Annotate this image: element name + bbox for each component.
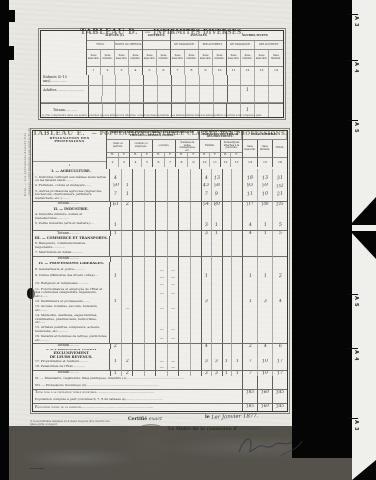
tableau-e-value: 1	[225, 370, 229, 375]
tableau-e-cell: 10	[258, 189, 273, 201]
tableau-e-cell	[191, 287, 202, 299]
tableau-d-columns: ALIÉNÉS (1)GOITREUX.AVEUGLESSOURDS-MUETS…	[87, 31, 283, 75]
tableau-e-cell	[212, 304, 223, 313]
tableau-e-cell	[179, 241, 191, 250]
mayor-signature	[235, 432, 305, 462]
tableau-e-value: 10	[262, 359, 269, 364]
tableau-e-cell	[223, 313, 233, 325]
tableau-e-row: 5. Petite industrie (arts et métiers)...…	[33, 221, 287, 230]
tableau-e-cell: 185	[243, 403, 258, 411]
tableau-e-cell	[168, 212, 179, 221]
tableau-e-value: 1	[125, 192, 129, 198]
tableau-e-value: 1	[215, 231, 219, 236]
tableau-e-cell	[202, 212, 212, 221]
tableau-e-cell	[223, 325, 233, 334]
spacer-cell	[214, 96, 228, 102]
tableau-e-cell	[212, 313, 223, 325]
tableau-e-cell: 1	[110, 273, 122, 282]
tableau-e-value: 93	[247, 183, 254, 188]
tableau-e-row: 11. Fonctionnaires et employés de l'État…	[33, 287, 287, 299]
film-marker-tick	[348, 348, 358, 349]
tableau-e-row: V. — PERSONNES VIVANT EXCLUSIVEMENT DE L…	[33, 349, 287, 359]
group-a-subcol-label: commis ou employés.	[130, 140, 153, 153]
tableau-e-cell	[243, 212, 258, 221]
tableau-e-row: 1. Individus cultivant eux-mêmes leurs t…	[33, 175, 287, 184]
tableau-e-dash: —	[126, 306, 130, 310]
film-marker: A 3	[353, 16, 373, 50]
tableau-e-cell	[145, 241, 156, 250]
tableau-e-cell	[202, 349, 212, 359]
tableau-d-sex-label: Sexe féminin.	[129, 50, 143, 67]
group-b-subcol-label: Domestiques attachés à la personne.	[221, 140, 242, 153]
tableau-e-value: 4	[249, 223, 253, 229]
tableau-d-subgroup-label: IDIOTS OU CRÉTINS.	[115, 41, 143, 50]
tableau-e-cell	[273, 212, 287, 221]
tableau-e-cell	[156, 212, 168, 221]
tableau-d-subgroup-label: FOUS.	[87, 41, 115, 50]
tableau-e-dash: —	[171, 365, 175, 369]
tableau-e-value: 1	[215, 223, 219, 229]
tableau-e-row-label: 4. Industrie minière, usines et manufact…	[33, 212, 110, 221]
tableau-e-cell: —	[122, 304, 133, 313]
tableau-d-cell	[158, 75, 172, 85]
tableau-e-dash: —	[171, 275, 175, 279]
group-c-subcols: Sexe masculin.Sexe féminin.TOTAL.	[243, 140, 287, 158]
tableau-e-cell	[156, 313, 168, 325]
tableau-d-col-number: 13	[255, 67, 269, 75]
tableau-e-value: 5	[278, 231, 282, 236]
tableau-e-cell	[191, 349, 202, 359]
col-number: 12	[221, 158, 231, 167]
tableau-e-cell	[179, 304, 191, 313]
tableau-d-cell	[89, 86, 103, 96]
tableau-e-value: 1	[114, 359, 118, 364]
tableau-d-sex-label: Sexe féminin.	[101, 50, 115, 67]
tableau-e-cell	[212, 287, 223, 299]
stub-col-number: 1	[33, 161, 106, 169]
col-number: 8	[176, 158, 188, 167]
group-a-banner: PORTION EXERÇANT DIRECTEMENT LES PROFESS…	[107, 131, 199, 140]
film-marker-label: A 3	[353, 16, 359, 27]
tableau-e-cell: —	[168, 304, 179, 313]
tableau-e-cell	[179, 221, 191, 230]
tableau-d-col-number: 9	[199, 67, 213, 75]
spacer-cell	[130, 96, 144, 102]
tableau-e-row-label: 14. Médecins, dentistes, sages-femmes, v…	[33, 313, 110, 325]
tableau-e-cell: 345	[273, 389, 287, 397]
tableau-d-sex-label: Sexe masculin.	[199, 50, 213, 67]
tableau-e-cell	[258, 212, 273, 221]
spacer-cell	[255, 96, 269, 102]
tableau-e-cell	[145, 273, 156, 282]
tableau-e-row: 14. Médecins, dentistes, sages-femmes, v…	[33, 313, 287, 325]
tableau-e-cell	[110, 325, 122, 334]
tableau-d-value: 1	[246, 88, 250, 94]
pencil-scuff	[30, 468, 44, 469]
tableau-e-cell	[191, 175, 202, 184]
tableau-e-value: 1	[249, 274, 253, 280]
tableau-e-value: 1	[114, 231, 118, 236]
tableau-e-cell	[133, 221, 145, 230]
tableau-e-dash: —	[160, 336, 164, 340]
tableau-e-value: 3	[204, 299, 208, 304]
tableau-e-value: 3	[204, 223, 208, 229]
tableau-e-cell: 345	[273, 403, 287, 411]
spacer-cell	[158, 96, 172, 102]
certifie-label: Certifié	[128, 417, 147, 422]
tableau-e-row-label: 1. Individus cultivant eux-mêmes leurs t…	[33, 175, 110, 184]
col-number: 9	[188, 158, 199, 167]
tableau-d-footnote: (1) Ne comprendre dans ces quatre colonn…	[42, 114, 282, 117]
film-marker-tick	[348, 14, 358, 15]
tableau-e-cell: 7	[202, 189, 212, 201]
tableau-e-cell: —	[156, 325, 168, 334]
tableau-e-cell	[133, 287, 145, 299]
tableau-e-cell	[258, 287, 273, 299]
tableau-e-value: 117	[246, 202, 254, 207]
tableau-e-value: 3	[204, 231, 208, 236]
tableau-e-cell	[110, 287, 122, 299]
tableau-e-cell	[122, 273, 133, 282]
col-number: 5	[142, 158, 153, 167]
tableau-d-cell	[89, 75, 103, 85]
tableau-e-cell	[232, 349, 243, 359]
film-corner-wedge	[352, 460, 376, 480]
tableau-e-cell	[212, 273, 223, 282]
tableau-e-cell	[258, 241, 273, 250]
tableau-e-cell	[258, 349, 273, 359]
tableau-e-row-label: 15. Artistes peintres, sculpteurs, acteu…	[33, 325, 110, 334]
tableau-e-section-label: V. — PERSONNES VIVANT EXCLUSIVEMENT DE L…	[33, 349, 110, 359]
spacer-stub	[41, 96, 89, 102]
tableau-e-cell	[133, 334, 145, 343]
tableau-e-dash: —	[171, 306, 175, 310]
tableau-d-cell	[200, 75, 214, 85]
mairie-stamp-inner-ring	[132, 431, 170, 465]
tableau-e-cell	[232, 273, 243, 282]
tableau-e-value: 1	[114, 274, 118, 280]
tableau-e-cell	[191, 313, 202, 325]
tableau-e-cell	[202, 325, 212, 334]
tableau-e-cell	[273, 241, 287, 250]
tableau-e-cell	[191, 304, 202, 313]
tableau-e-row-label: 5. Petite industrie (arts et métiers)...…	[33, 221, 110, 230]
tableau-e-value: 10	[262, 370, 269, 375]
tableau-d-cell	[200, 86, 214, 96]
tableau-e-value: 2	[126, 202, 130, 207]
tableau-e-value: 225	[276, 202, 284, 207]
tableau-e-cell	[168, 241, 179, 250]
tableau-e-cell	[212, 212, 223, 221]
group-b-subcols: Famille.Domestiques attachés à la person…	[200, 140, 242, 153]
tableau-e-cell	[110, 349, 122, 359]
tableau-e-cell: 4	[202, 175, 212, 184]
tableau-e-value: 160	[261, 405, 270, 411]
group-c-banner: TOTAL GÉNÉRAL.	[243, 131, 287, 140]
tableau-e-value: 2	[278, 274, 282, 280]
tableau-e-cell	[133, 175, 145, 184]
tableau-d-sex-row: Sexe masculin.Sexe féminin.Sexe masculin…	[87, 50, 283, 67]
tableau-e-value: 1	[249, 299, 253, 304]
tableau-e-cell	[212, 334, 223, 343]
tableau-e-cell	[258, 325, 273, 334]
tableau-e-cell	[179, 189, 191, 201]
tableau-d-group-label: ALIÉNÉS (1)	[87, 31, 143, 41]
tableau-e-cell: —	[168, 334, 179, 343]
tableau-e-cell	[223, 273, 233, 282]
tableau-e-cell	[243, 325, 258, 334]
tableau-e-cell	[212, 349, 223, 359]
tableau-e-cell	[145, 175, 156, 184]
tableau-e-cell: 21	[273, 189, 287, 201]
tableau-e-cell	[133, 189, 145, 201]
tableau-e-cell	[223, 221, 233, 230]
tableau-e-wide-label: Population totale de la commune.........…	[33, 403, 243, 411]
film-marker: A 5	[353, 122, 373, 156]
tableau-d-sex-label: Sexe masculin.	[227, 50, 241, 67]
tableau-d-cell	[158, 86, 172, 96]
col-number: 10	[200, 158, 210, 167]
group-a-subcol-label: chefs ou patrons.	[107, 140, 130, 153]
tableau-d-group-label: SOURDS-MUETS	[227, 31, 283, 41]
tableau-e-value: 6	[278, 344, 282, 349]
tableau-e-cell	[202, 304, 212, 313]
tableau-d-cell	[269, 86, 283, 96]
tableau-e-cell	[273, 349, 287, 359]
tableau-e-value: 17	[277, 370, 284, 375]
group-a-subcol-label: ouvriers.	[153, 140, 176, 153]
tableau-e-value: 58	[213, 183, 220, 188]
tableau-e-cell	[145, 304, 156, 313]
tableau-e-row-label: 13. Avoués, notaires, avocats, huissiers…	[33, 304, 110, 313]
col-number: 3	[119, 158, 130, 167]
col-number: 2	[107, 158, 119, 167]
tableau-e-cell	[156, 241, 168, 250]
tableau-d-cell	[228, 75, 242, 85]
group-a-number-row: 23456789	[107, 158, 199, 167]
tableau-e-cell	[133, 273, 145, 282]
tableau-d-stub	[41, 31, 87, 75]
tableau-e-cell	[243, 349, 258, 359]
tableau-d-col-number: 7	[171, 67, 185, 75]
tableau-e-cell	[273, 325, 287, 334]
col-number: 16	[273, 158, 287, 167]
tableau-e-cell	[168, 313, 179, 325]
group-c-number-row: 141516	[243, 158, 287, 167]
tableau-e-cell	[122, 313, 133, 325]
tableau-d-col-number: 4	[129, 67, 143, 75]
tableau-e-dash: —	[171, 268, 175, 272]
film-marker-tick	[348, 120, 358, 121]
tableau-e-dash: —	[171, 327, 175, 331]
tableau-e-cell	[133, 304, 145, 313]
tableau-e-cell	[232, 304, 243, 313]
tableau-d-sex-label: Sexe masculin.	[143, 50, 157, 67]
group-a-subcol-label: journaliers, hommes de peine, domestique…	[176, 140, 199, 153]
tableau-e-cell	[273, 313, 287, 325]
tableau-e-cell	[179, 287, 191, 299]
tableau-d: ALIÉNÉS (1)GOITREUX.AVEUGLESSOURDS-MUETS…	[40, 30, 284, 118]
tableau-e-dash: —	[160, 268, 164, 272]
tableau-e-row: 6. Banquiers, commissionnaires, négocian…	[33, 241, 287, 250]
tableau-e-cell	[156, 349, 168, 359]
tableau-e-value: 1	[114, 223, 118, 229]
tableau-e-value: 3	[263, 299, 267, 304]
tableau-e-cell	[110, 212, 122, 221]
tableau-d-col-number: 2	[101, 67, 115, 75]
tableau-e-cell	[258, 334, 273, 343]
tableau-d-col-number: 3	[115, 67, 129, 75]
tableau-d-cell	[130, 86, 144, 96]
tableau-d-row: Enfants (0-15 ans)..............	[41, 75, 283, 85]
tableau-d-cell	[255, 75, 269, 85]
tableau-d-col-number: 10	[213, 67, 227, 75]
tableau-e-value: 9	[215, 192, 219, 198]
tableau-e-value: 2	[249, 344, 253, 349]
tableau-e-value: 10	[262, 192, 269, 198]
tableau-e-row: Total égal à la population totale munici…	[33, 389, 287, 397]
tableau-e-cell: 7	[110, 189, 122, 201]
film-marker: A 3	[353, 420, 373, 454]
tableau-d-sex-label: Sexe masculin.	[87, 50, 101, 67]
tableau-e-cell	[179, 349, 191, 359]
tableau-e-cell	[223, 349, 233, 359]
tableau-e-value: 43	[203, 183, 210, 188]
tableau-e-cell	[223, 334, 233, 343]
tableau-e-row: Population totale de la commune.........…	[33, 403, 287, 411]
film-marker-tick	[348, 294, 358, 295]
tableau-e-value: 2	[126, 370, 130, 375]
tableau-e-value: 7	[249, 359, 253, 364]
film-notch-top-2	[9, 46, 14, 60]
col-number: 4	[130, 158, 142, 167]
col-number: 7	[165, 158, 176, 167]
tableau-d-col-number: 8	[185, 67, 199, 75]
tableau-e-cell	[258, 304, 273, 313]
tableau-e-cell	[168, 221, 179, 230]
tableau-e-cell	[223, 304, 233, 313]
tableau-e-dash: —	[160, 365, 164, 369]
tableau-e-cell: 31	[273, 175, 287, 184]
spacer-cell	[172, 96, 186, 102]
group-b-banner: PORTION N'EXERÇANT PAS, MAIS VIVANT DU T…	[200, 131, 242, 140]
tableau-e-cell: 1	[258, 221, 273, 230]
tableau-e-cell: —	[156, 273, 168, 282]
tableau-d-sex-label: Sexe masculin.	[171, 50, 185, 67]
tableau-e-value: 4	[204, 176, 208, 182]
tableau-e-cell: 3	[202, 221, 212, 230]
group-b-subcol-label: Famille.	[200, 140, 221, 153]
group-b: PORTION N'EXERÇANT PAS, MAIS VIVANT DU T…	[200, 131, 243, 169]
tableau-e-value: 345	[276, 390, 285, 396]
tableau-e-cell	[133, 313, 145, 325]
tableau-e-dash: —	[160, 282, 164, 286]
tableau-e-cell	[133, 212, 145, 221]
tableau-e-cell	[122, 287, 133, 299]
tableau-e-cell: 1	[110, 221, 122, 230]
tableau-e-value: 4	[114, 176, 118, 182]
tableau-e-value: 345	[276, 405, 285, 411]
tableau-e-cell	[122, 212, 133, 221]
tableau-e-value: 54	[203, 201, 210, 206]
film-marker-label: A 3	[353, 420, 359, 431]
tableau-e-cell: —	[156, 304, 168, 313]
tableau-e-cell	[156, 175, 168, 184]
tableau-e-cell	[122, 325, 133, 334]
tableau-e-value: 185	[246, 405, 255, 411]
tableau-e-cell: 4	[243, 221, 258, 230]
tableau-d-cell	[130, 75, 144, 85]
tableau-e-cell: —	[168, 273, 179, 282]
tableau-d-col-number: 12	[241, 67, 255, 75]
tableau-d-row-label: Adultes.........................	[41, 86, 89, 96]
tableau-e-cell	[243, 334, 258, 343]
date-label: le	[205, 415, 210, 420]
tableau-d-sex-label: Sexe féminin.	[269, 50, 283, 67]
tableau-d-col-number: 5	[143, 67, 157, 75]
tableau-d-value: 1	[246, 108, 250, 114]
film-notch-top-1	[9, 10, 15, 22]
spacer-cell	[144, 96, 158, 102]
tableau-e-value: 1	[263, 274, 267, 280]
tableau-e-dash: —	[160, 291, 164, 295]
tableau-e-cell	[133, 349, 145, 359]
tableau-e-cell	[145, 313, 156, 325]
group-b-number-row: 10111213	[200, 158, 242, 167]
tableau-e-cell	[223, 189, 233, 201]
tableau-e-cell	[223, 287, 233, 299]
tableau-e-value: 1	[263, 223, 267, 229]
tableau-e-cell	[232, 221, 243, 230]
tableau-d-row-label: Enfants (0-15 ans)..............	[41, 75, 89, 85]
tableau-e-value: 31	[277, 176, 284, 182]
tableau-e-cell	[122, 334, 133, 343]
tableau-e-cell: 1	[202, 273, 212, 282]
tableau-d-row: Adultes.........................1	[41, 85, 283, 96]
footnote-left-1: (1) Les individus désignés ici doivent t…	[30, 420, 112, 426]
tableau-d-cell	[241, 75, 255, 85]
tableau-e-value: 7	[204, 192, 208, 198]
tableau-e-cell	[273, 287, 287, 299]
tableau-e-value: 3	[215, 370, 219, 375]
tableau-e-cell	[212, 325, 223, 334]
tableau-e-cell: 160	[258, 389, 273, 397]
tableau-e-dash: —	[160, 306, 164, 310]
tableau-e-cell	[202, 287, 212, 299]
tableau-e-cell: 185	[243, 389, 258, 397]
tableau-e-row-label: 9. Cultes (Ministres des divers cultes).…	[33, 273, 110, 282]
tableau-e-value: 21	[277, 192, 284, 198]
tableau-d-subgroup-row: FOUS.IDIOTS OU CRÉTINS.DE NAISSANCE.PAR …	[87, 41, 283, 50]
tableau-e-cell	[243, 313, 258, 325]
spacer-cell	[89, 96, 103, 102]
tableau-e-cell	[122, 221, 133, 230]
tableau-d-sex-label: Sexe féminin.	[241, 50, 255, 67]
spacer-cell	[269, 96, 283, 102]
tableau-e-value: 1	[263, 231, 267, 236]
tableau-d-number-row: 1234567891011121314	[87, 67, 283, 75]
date-handwriting: 1er Janvier 1877.	[211, 413, 259, 421]
tableau-e-value: 3	[215, 359, 219, 364]
tableau-e-cell: 1	[258, 273, 273, 282]
tableau-e-cell: 1	[212, 221, 223, 230]
tableau-e-value: 13	[262, 176, 269, 182]
tableau-e-cell	[145, 212, 156, 221]
tableau-e-cell: 18	[243, 175, 258, 184]
tableau-e-row-label: 11. Fonctionnaires et employés de l'État…	[33, 287, 110, 299]
tableau-e-value: 4	[249, 231, 253, 236]
tableau-e-value: 3	[204, 359, 208, 364]
